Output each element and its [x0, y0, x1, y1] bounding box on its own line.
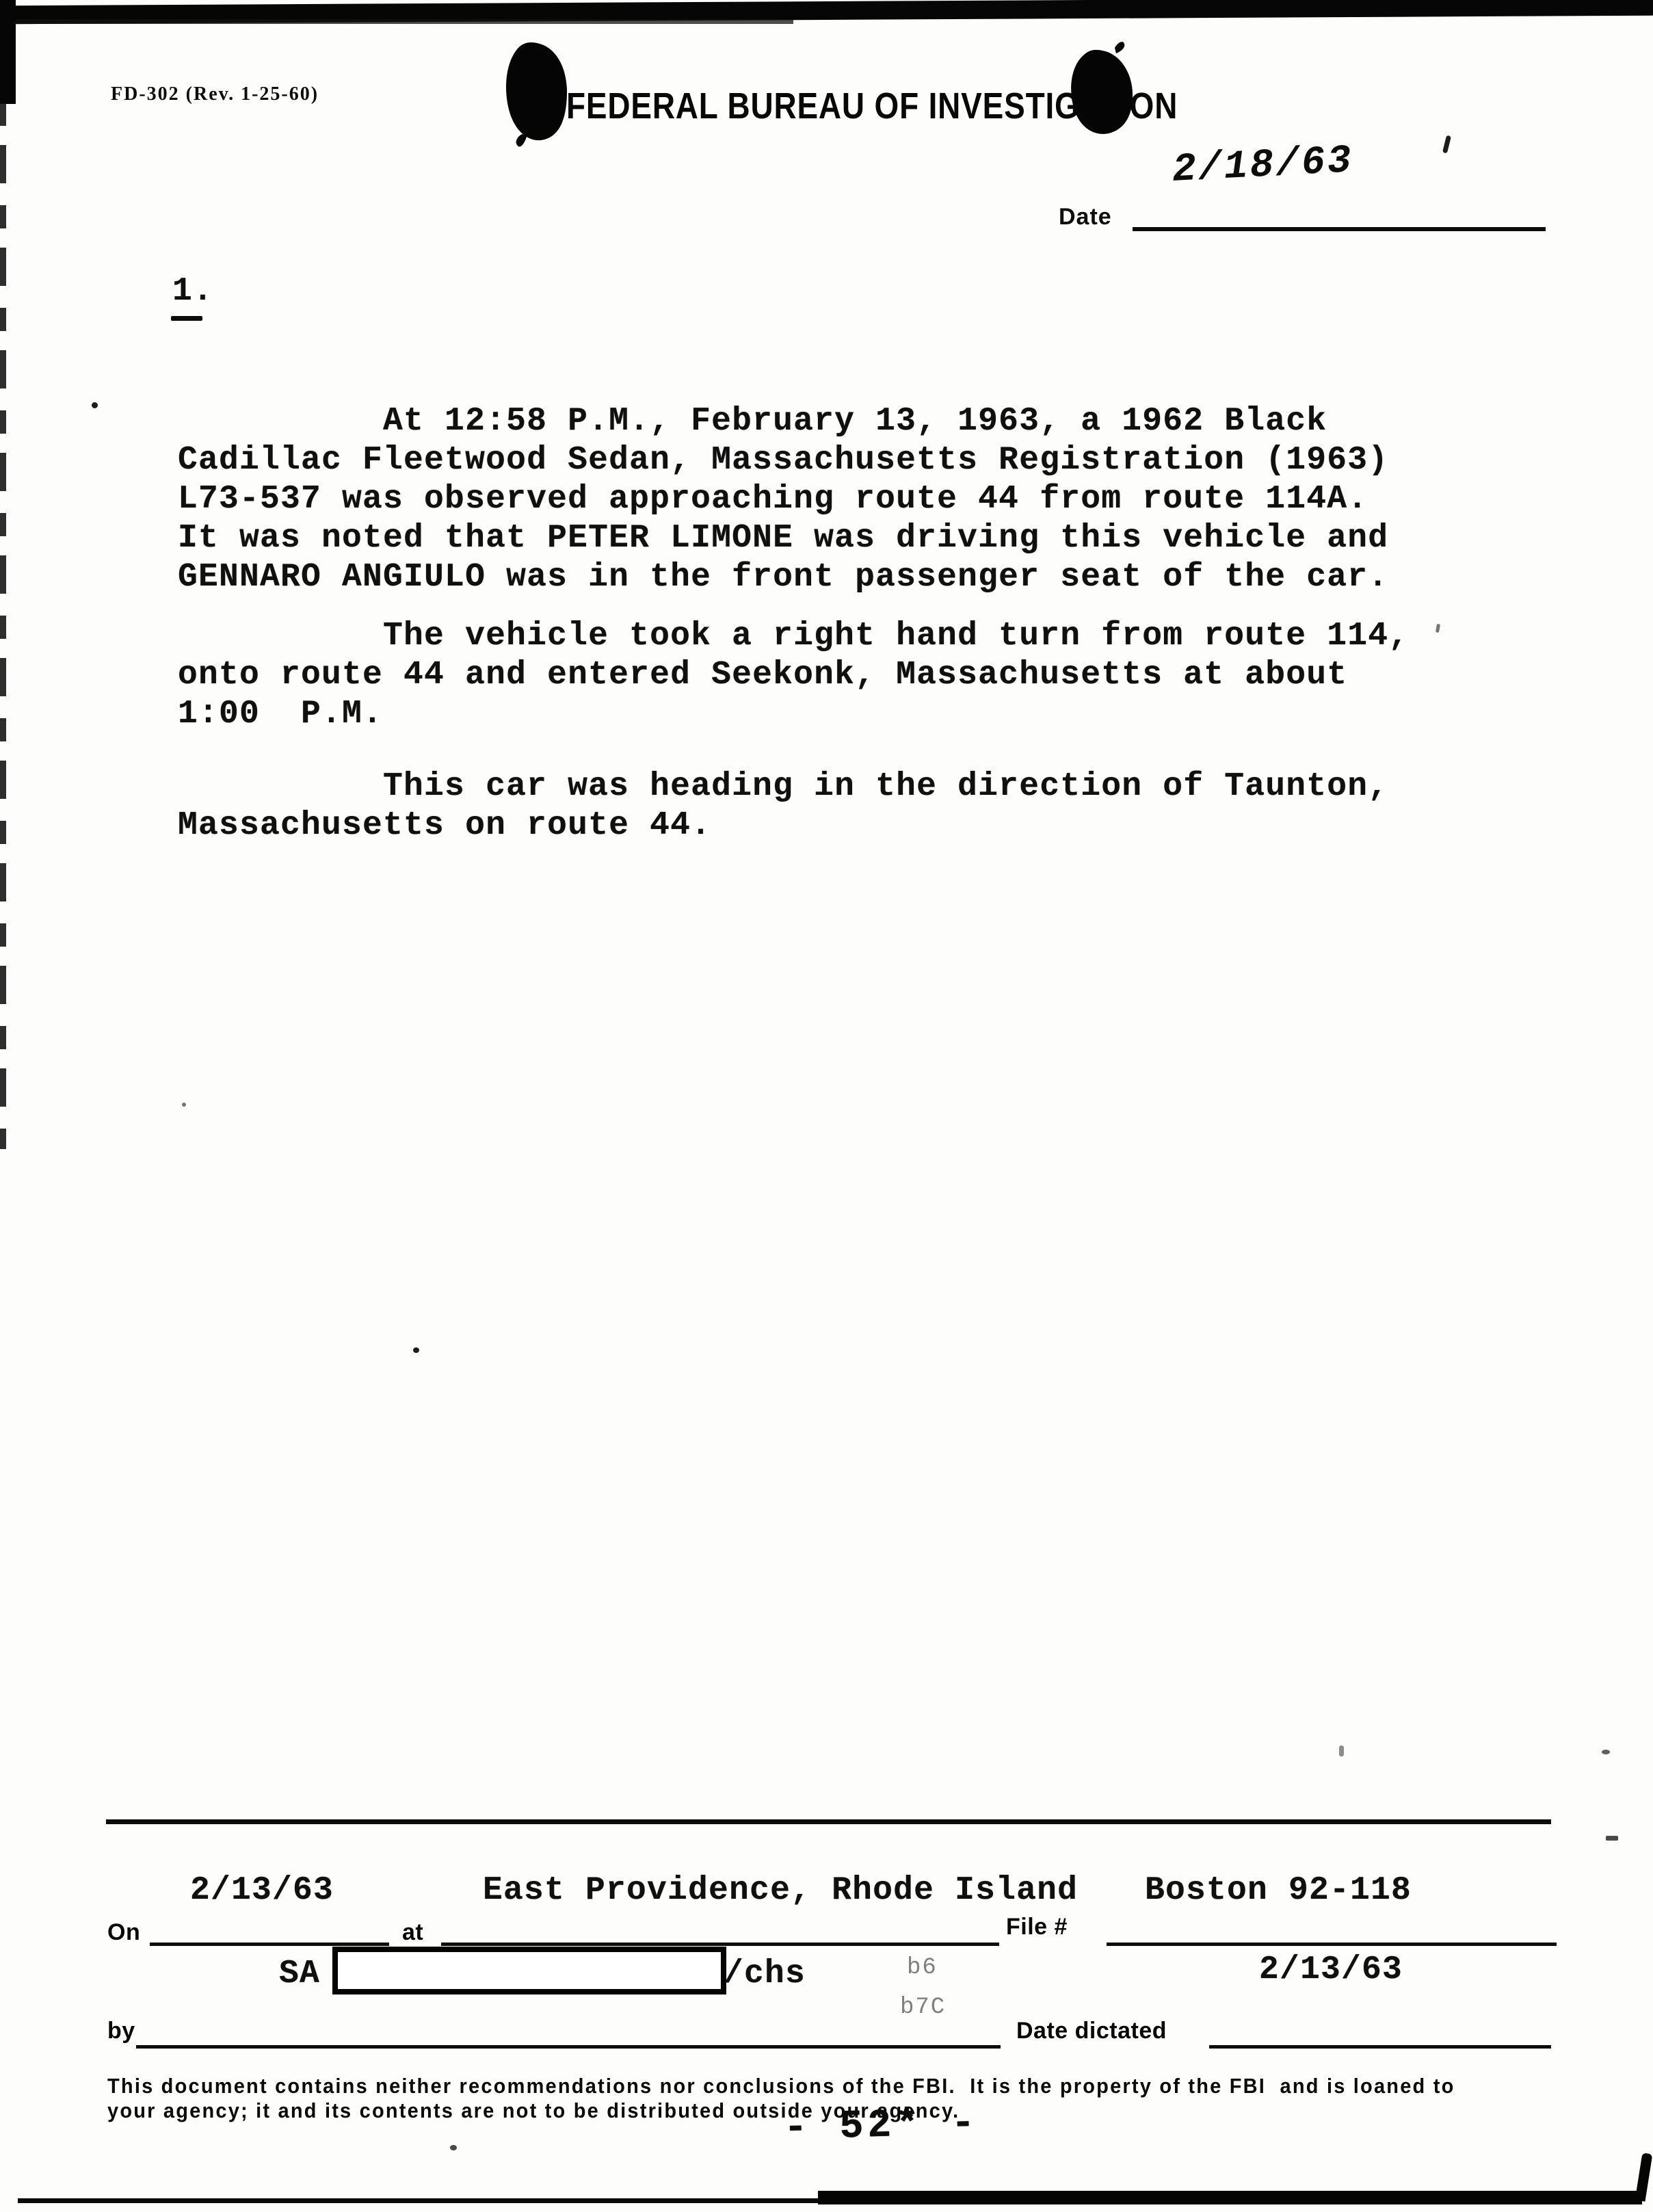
scan-speck: [1442, 135, 1451, 154]
scan-speck: [92, 402, 98, 408]
redaction-code-b6: b6: [907, 1955, 938, 1981]
form-number: FD-302 (Rev. 1-25-60): [111, 83, 319, 105]
body-paragraph-1: At 12:58 P.M., February 13, 1963, a 1962…: [178, 402, 1388, 597]
scan-bottom-edge-left: [18, 2198, 818, 2203]
disclaimer-line-1: This document contains neither recommend…: [107, 2075, 1455, 2099]
redaction-box: [332, 1947, 726, 1994]
at-value: East Providence, Rhode Island: [483, 1871, 1078, 1910]
scan-speck: [1436, 624, 1440, 633]
by-underline: [136, 2045, 1001, 2049]
on-underline: [150, 1943, 389, 1946]
scan-left-edge-marks: [0, 103, 6, 1149]
date-dictated-label: Date dictated: [1016, 2018, 1167, 2044]
page-marker-underline: [171, 316, 202, 321]
scan-bottom-edge-right: [818, 2191, 1642, 2204]
redaction-code-b7c: b7C: [900, 1994, 946, 2020]
agent-suffix: /chs: [724, 1955, 806, 1994]
header-date-value: 2/18/63: [1171, 139, 1354, 193]
scan-left-corner: [0, 0, 16, 104]
scan-bottom-edge-curl: [1635, 2152, 1653, 2201]
scan-speck: [413, 1347, 419, 1353]
scan-speck: [182, 1103, 186, 1107]
at-underline: [441, 1943, 999, 1946]
date-label: Date: [1059, 204, 1112, 231]
file-number-underline: [1107, 1943, 1557, 1946]
body-paragraph-3: This car was heading in the direction of…: [178, 767, 1388, 845]
footer-divider: [106, 1819, 1551, 1824]
file-number-value: Boston 92-118: [1145, 1871, 1412, 1910]
body-paragraph-2: The vehicle took a right hand turn from …: [178, 617, 1409, 734]
date-dictated-underline: [1209, 2045, 1551, 2049]
agent-prefix: SA: [279, 1955, 320, 1994]
at-label: at: [402, 1919, 423, 1946]
date-dictated-value: 2/13/63: [1259, 1951, 1403, 1990]
on-value: 2/13/63: [190, 1871, 334, 1910]
scan-speck: [1602, 1750, 1610, 1754]
scan-speck: [1606, 1836, 1618, 1841]
page-marker: 1.: [172, 272, 213, 311]
by-label: by: [107, 2018, 135, 2044]
fd302-document-page: FD-302 (Rev. 1-25-60) FEDERAL BUREAU OF …: [0, 0, 1653, 2212]
scan-speck: [1339, 1746, 1344, 1756]
date-underline: [1133, 227, 1546, 231]
file-number-label: File #: [1006, 1914, 1068, 1940]
agency-title: FEDERAL BUREAU OF INVESTIGATION: [566, 85, 1178, 127]
scan-speck: [450, 2145, 457, 2150]
handwritten-page-number: - 52* -: [783, 2101, 979, 2150]
ink-blot-left: [506, 42, 567, 146]
scan-top-edge-secondary: [0, 19, 793, 24]
on-label: On: [107, 1919, 140, 1946]
